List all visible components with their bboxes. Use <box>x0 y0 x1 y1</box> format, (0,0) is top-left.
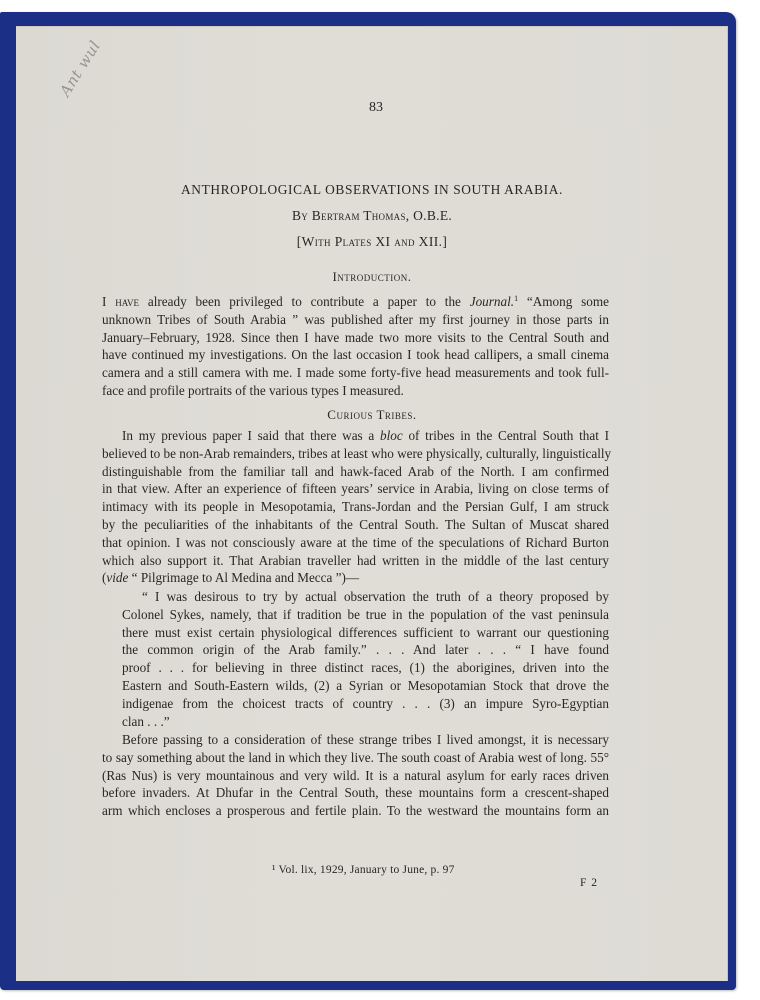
text-line: believed to be non-Arab remainders, trib… <box>102 445 609 463</box>
text-line: in that view. After an experience of fif… <box>102 480 609 498</box>
byline: By Bertram Thomas, O.B.E. <box>16 208 728 224</box>
text-line: have continued my investigations. On the… <box>102 346 609 364</box>
text-line: I have already been privileged to contri… <box>102 290 609 311</box>
text-line: which also support it. That Arabian trav… <box>102 552 609 570</box>
section-heading-introduction: Introduction. <box>16 269 728 285</box>
text-line: unknown Tribes of South Arabia ” was pub… <box>102 311 609 329</box>
text-line: face and profile portraits of the variou… <box>102 382 609 400</box>
text-line: the common origin of the Arab family.” .… <box>122 641 609 659</box>
text-line: indigenae from the choicest tracts of co… <box>122 695 609 713</box>
text-line: clan . . .” <box>122 713 609 731</box>
text-line: to say something about the land in which… <box>102 749 609 767</box>
text-line: Before passing to a consideration of the… <box>102 731 609 749</box>
document-page: Ant wul 83 ANTHROPOLOGICAL OBSERVATIONS … <box>16 26 728 981</box>
text-line: that opinion. I was not consciously awar… <box>102 534 609 552</box>
footnote: ¹ Vol. lix, 1929, January to June, p. 97 <box>272 864 455 876</box>
text-line: Colonel Sykes, namely, that if tradition… <box>122 606 609 624</box>
text-line: camera and a still camera with me. I mad… <box>102 364 609 382</box>
text-line: intimacy with its people in Mesopotamia,… <box>102 498 609 516</box>
land-paragraph: Before passing to a consideration of the… <box>102 731 609 820</box>
text-line: proof . . . for believing in three disti… <box>122 659 609 677</box>
text-line: by the peculiarities of the inhabitants … <box>102 516 609 534</box>
text-line: January–February, 1928. Since then I hav… <box>102 329 609 347</box>
section-heading-curious-tribes: Curious Tribes. <box>16 407 728 423</box>
text-line: “ I was desirous to try by actual observ… <box>122 588 609 606</box>
text-line: Eastern and South-Eastern wilds, (2) a S… <box>122 677 609 695</box>
text-line: (vide “ Pilgrimage to Al Medina and Mecc… <box>102 569 609 587</box>
burton-quote: “ I was desirous to try by actual observ… <box>122 588 609 730</box>
curious-tribes-paragraph: In my previous paper I said that there w… <box>102 427 609 587</box>
text-line: there must exist certain physiological d… <box>122 624 609 642</box>
signature-mark: F 2 <box>580 877 598 889</box>
text-line: arm which encloses a prosperous and fert… <box>102 802 609 820</box>
pencil-annotation: Ant wul <box>56 37 104 99</box>
text-line: before invaders. At Dhufar in the Centra… <box>102 784 609 802</box>
text-line: In my previous paper I said that there w… <box>102 427 609 445</box>
introduction-paragraph: I have already been privileged to contri… <box>102 290 609 400</box>
text-line: distinguishable from the familiar tall a… <box>102 463 609 481</box>
page-number: 83 <box>369 100 383 116</box>
article-title: ANTHROPOLOGICAL OBSERVATIONS IN SOUTH AR… <box>16 182 728 198</box>
text-line: (Ras Nus) is very mountainous and very w… <box>102 767 609 785</box>
plates-note: [With Plates XI and XII.] <box>16 234 728 250</box>
